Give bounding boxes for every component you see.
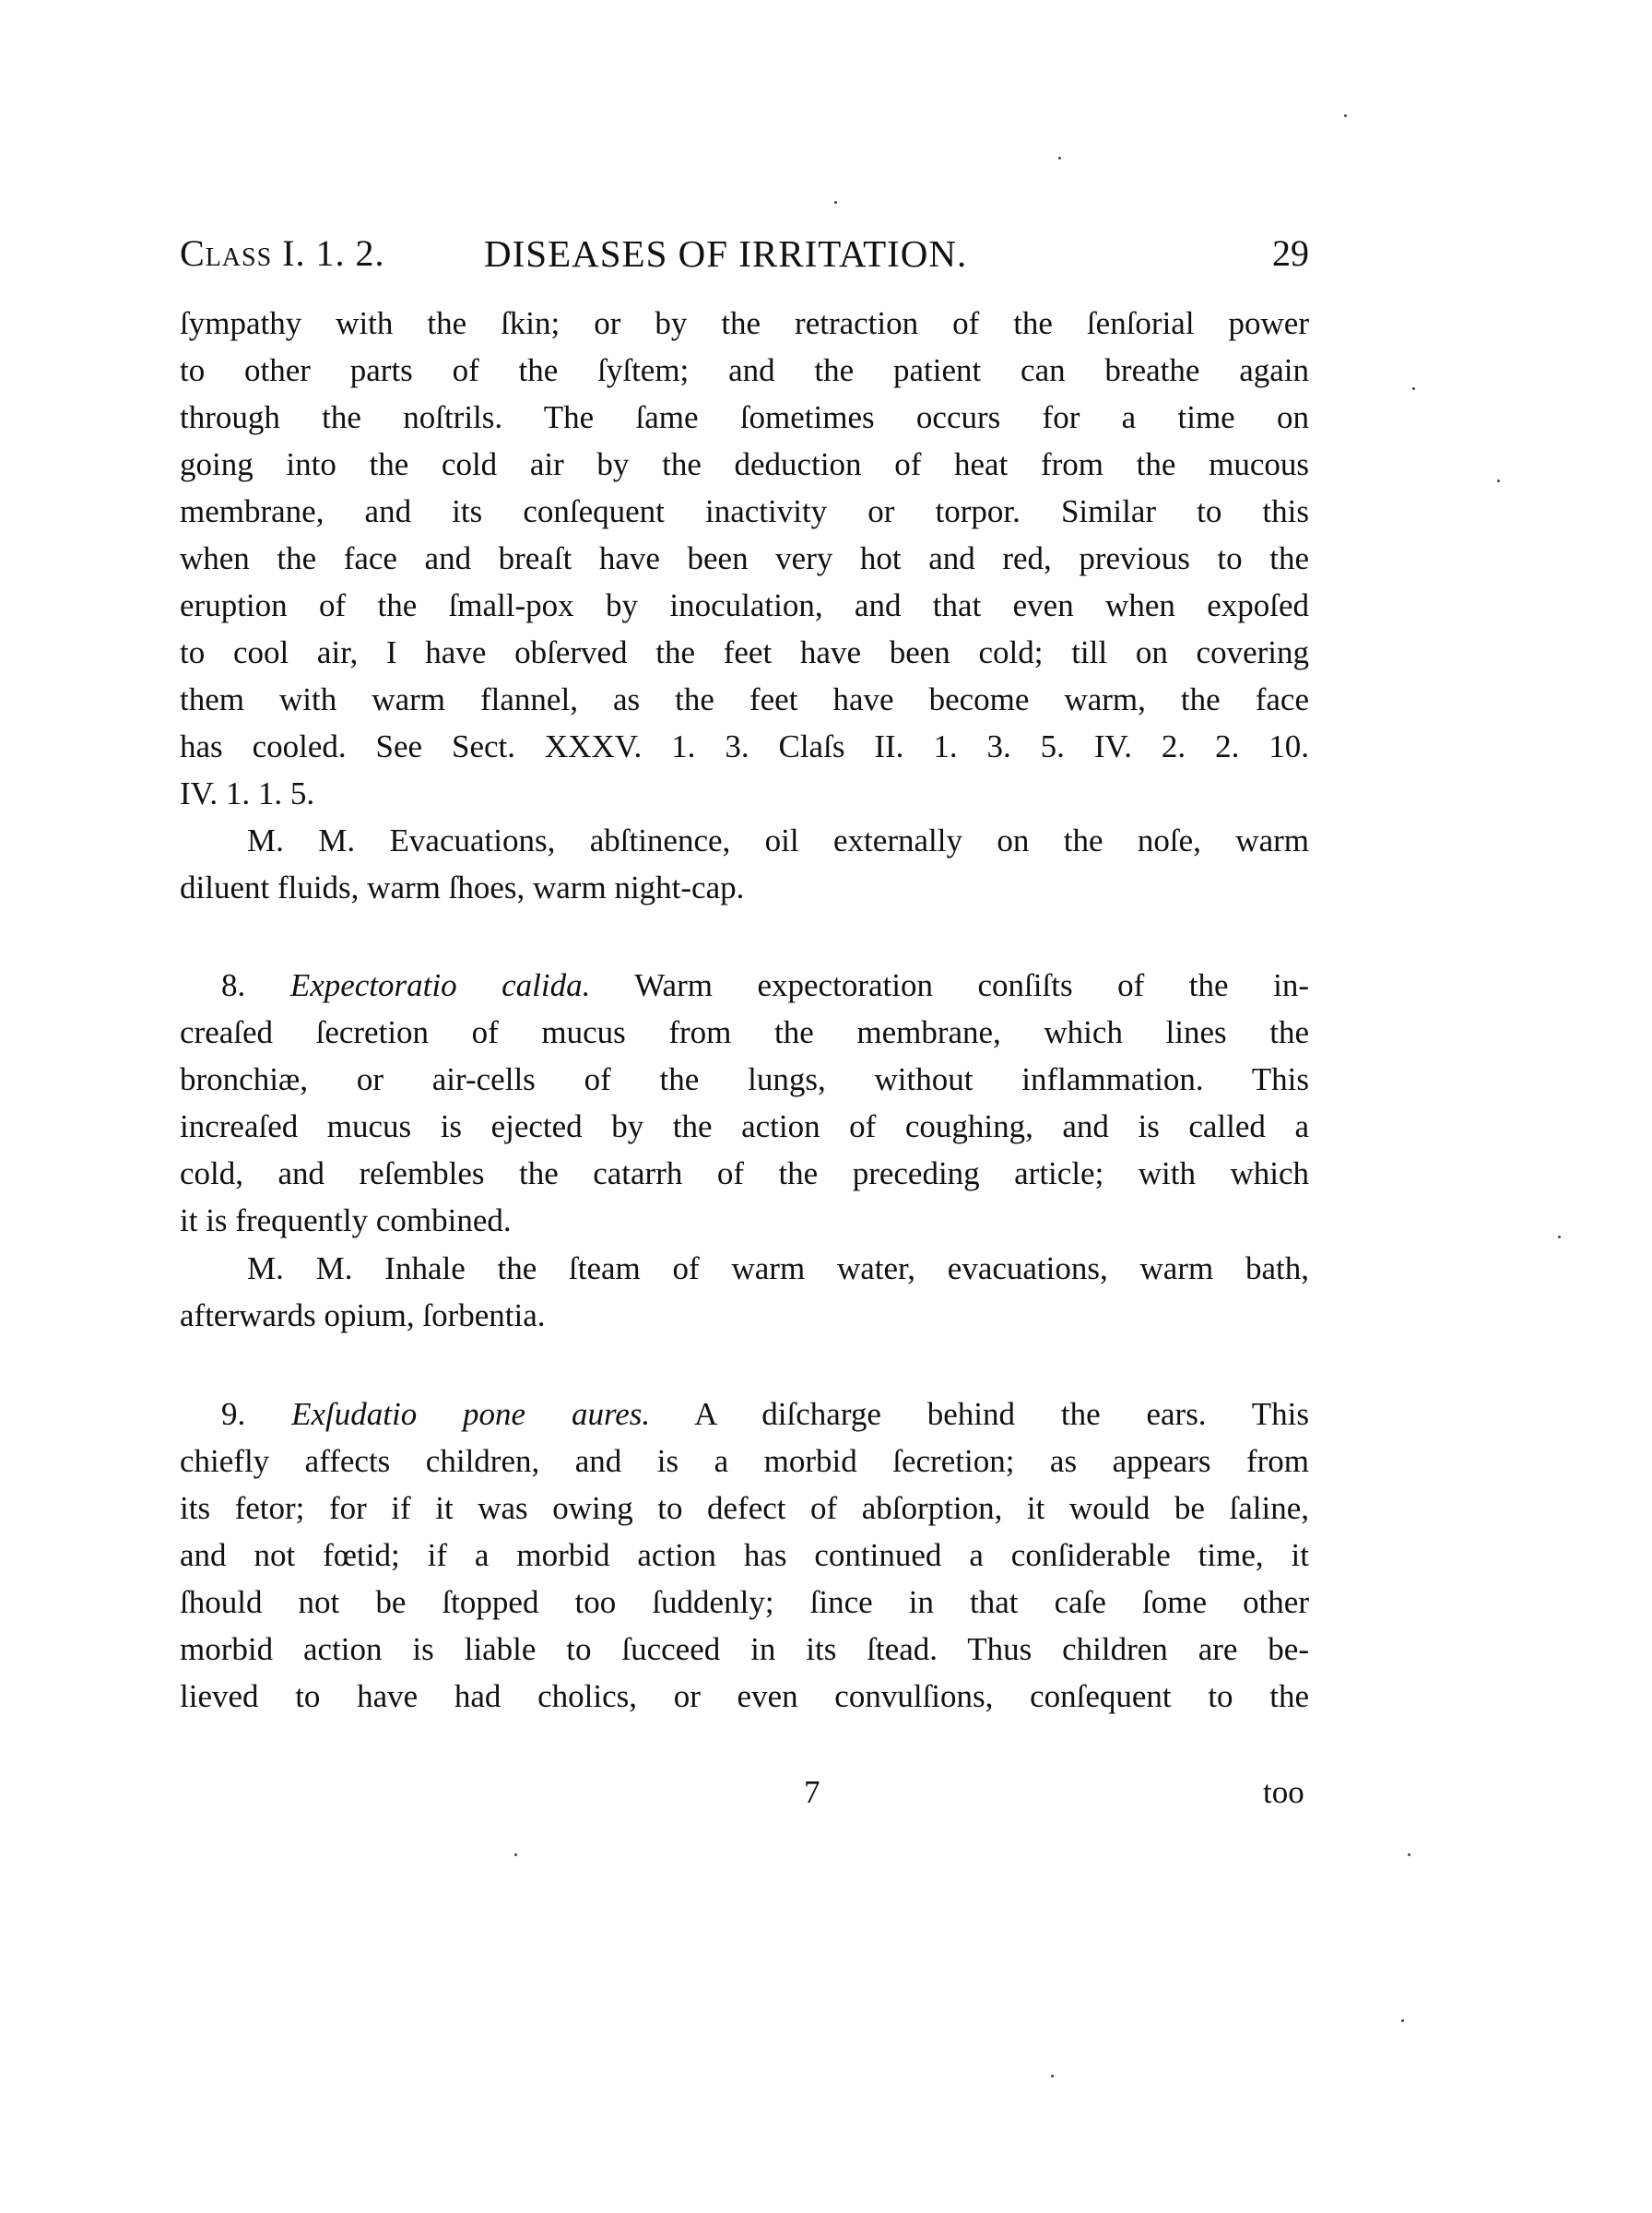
- text-line: increaſed mucus is ejected by the action…: [180, 1103, 1309, 1150]
- scan-speck: [514, 1853, 517, 1856]
- section-number: 9.: [221, 1396, 245, 1432]
- text-line: when the face and breaſt have been very …: [180, 535, 1309, 582]
- scan-speck: [1412, 387, 1415, 390]
- scan-speck: [1408, 1853, 1410, 1856]
- latin-title: Exſudatio pone aures.: [291, 1396, 650, 1432]
- text-line: to cool air, I have obſerved the feet ha…: [180, 629, 1309, 676]
- text-line: diluent fluids, warm ſhoes, warm night-c…: [180, 864, 1309, 911]
- text-line: ſympathy with the ſkin; or by the retrac…: [180, 300, 1309, 347]
- section-number: 8.: [221, 967, 245, 1003]
- scan-speck: [834, 201, 837, 204]
- page-number: 29: [1254, 231, 1309, 277]
- scan-speck: [1344, 114, 1347, 117]
- text-line: ſhould not be ſtopped too ſuddenly; ſinc…: [180, 1579, 1309, 1626]
- text-line: going into the cold air by the deduction…: [180, 441, 1309, 488]
- text-line: membrane, and its conſequent inactivity …: [180, 488, 1309, 535]
- text-line: to other parts of the ſyſtem; and the pa…: [180, 347, 1309, 394]
- text-line: afterwards opium, ſorbentia.: [180, 1292, 1309, 1339]
- class-ref: I. 1. 2.: [272, 232, 384, 274]
- text-line: bronchiæ, or air-cells of the lungs, wit…: [180, 1056, 1309, 1103]
- running-header-class-reference: CLASS I. 1. 2.: [180, 231, 384, 277]
- catchword: too: [1263, 1769, 1304, 1816]
- scan-speck: [1497, 479, 1500, 482]
- text-line: IV. 1. 1. 5.: [180, 770, 1309, 817]
- text-line: lieved to have had cholics, or even conv…: [180, 1673, 1309, 1720]
- text-line: it is frequently combined.: [180, 1197, 1309, 1244]
- text-line: chiefly affects children, and is a morbi…: [180, 1438, 1309, 1485]
- text-line-mm: M. M. Evacuations, abſtinence, oil exter…: [247, 817, 1309, 864]
- latin-title: Expectoratio calida.: [290, 967, 591, 1003]
- book-page: CLASS I. 1. 2. DISEASES OF IRRITATION. 2…: [0, 0, 1652, 2213]
- text-line: and not fœtid; if a morbid action has co…: [180, 1532, 1309, 1579]
- text-line: morbid action is liable to ſucceed in it…: [180, 1626, 1309, 1673]
- text-run: A diſcharge behind the ears. This: [694, 1396, 1309, 1432]
- scan-speck: [1401, 2019, 1404, 2022]
- text-line: has cooled. See Sect. XXXV. 1. 3. Claſs …: [180, 723, 1309, 770]
- class-prefix-small-caps: LASS: [206, 243, 272, 272]
- text-line: creaſed ſecretion of mucus from the memb…: [180, 1009, 1309, 1056]
- text-line: eruption of the ſmall-pox by inoculation…: [180, 582, 1309, 629]
- text-line: cold, and reſembles the catarrh of the p…: [180, 1150, 1309, 1197]
- scan-speck: [1051, 2075, 1054, 2077]
- text-run: Warm expectoration conſiſts of the in-: [634, 967, 1309, 1003]
- scan-speck: [1058, 157, 1061, 160]
- text-line: its fetor; for if it was owing to defect…: [180, 1485, 1309, 1532]
- class-prefix-cap: C: [180, 232, 206, 274]
- section-9-heading-line: 9. Exſudatio pone aures. A diſcharge beh…: [221, 1391, 1309, 1438]
- running-title: DISEASES OF IRRITATION.: [484, 231, 1074, 277]
- scan-speck: [1558, 1236, 1561, 1238]
- signature-mark: 7: [804, 1769, 820, 1816]
- text-line: through the noſtrils. The ſame ſometimes…: [180, 394, 1309, 441]
- section-8-heading-line: 8. Expectoratio calida. Warm expectorati…: [221, 962, 1309, 1009]
- text-line-mm: M. M. Inhale the ſteam of warm water, ev…: [247, 1245, 1309, 1292]
- text-line: them with warm flannel, as the feet have…: [180, 676, 1309, 723]
